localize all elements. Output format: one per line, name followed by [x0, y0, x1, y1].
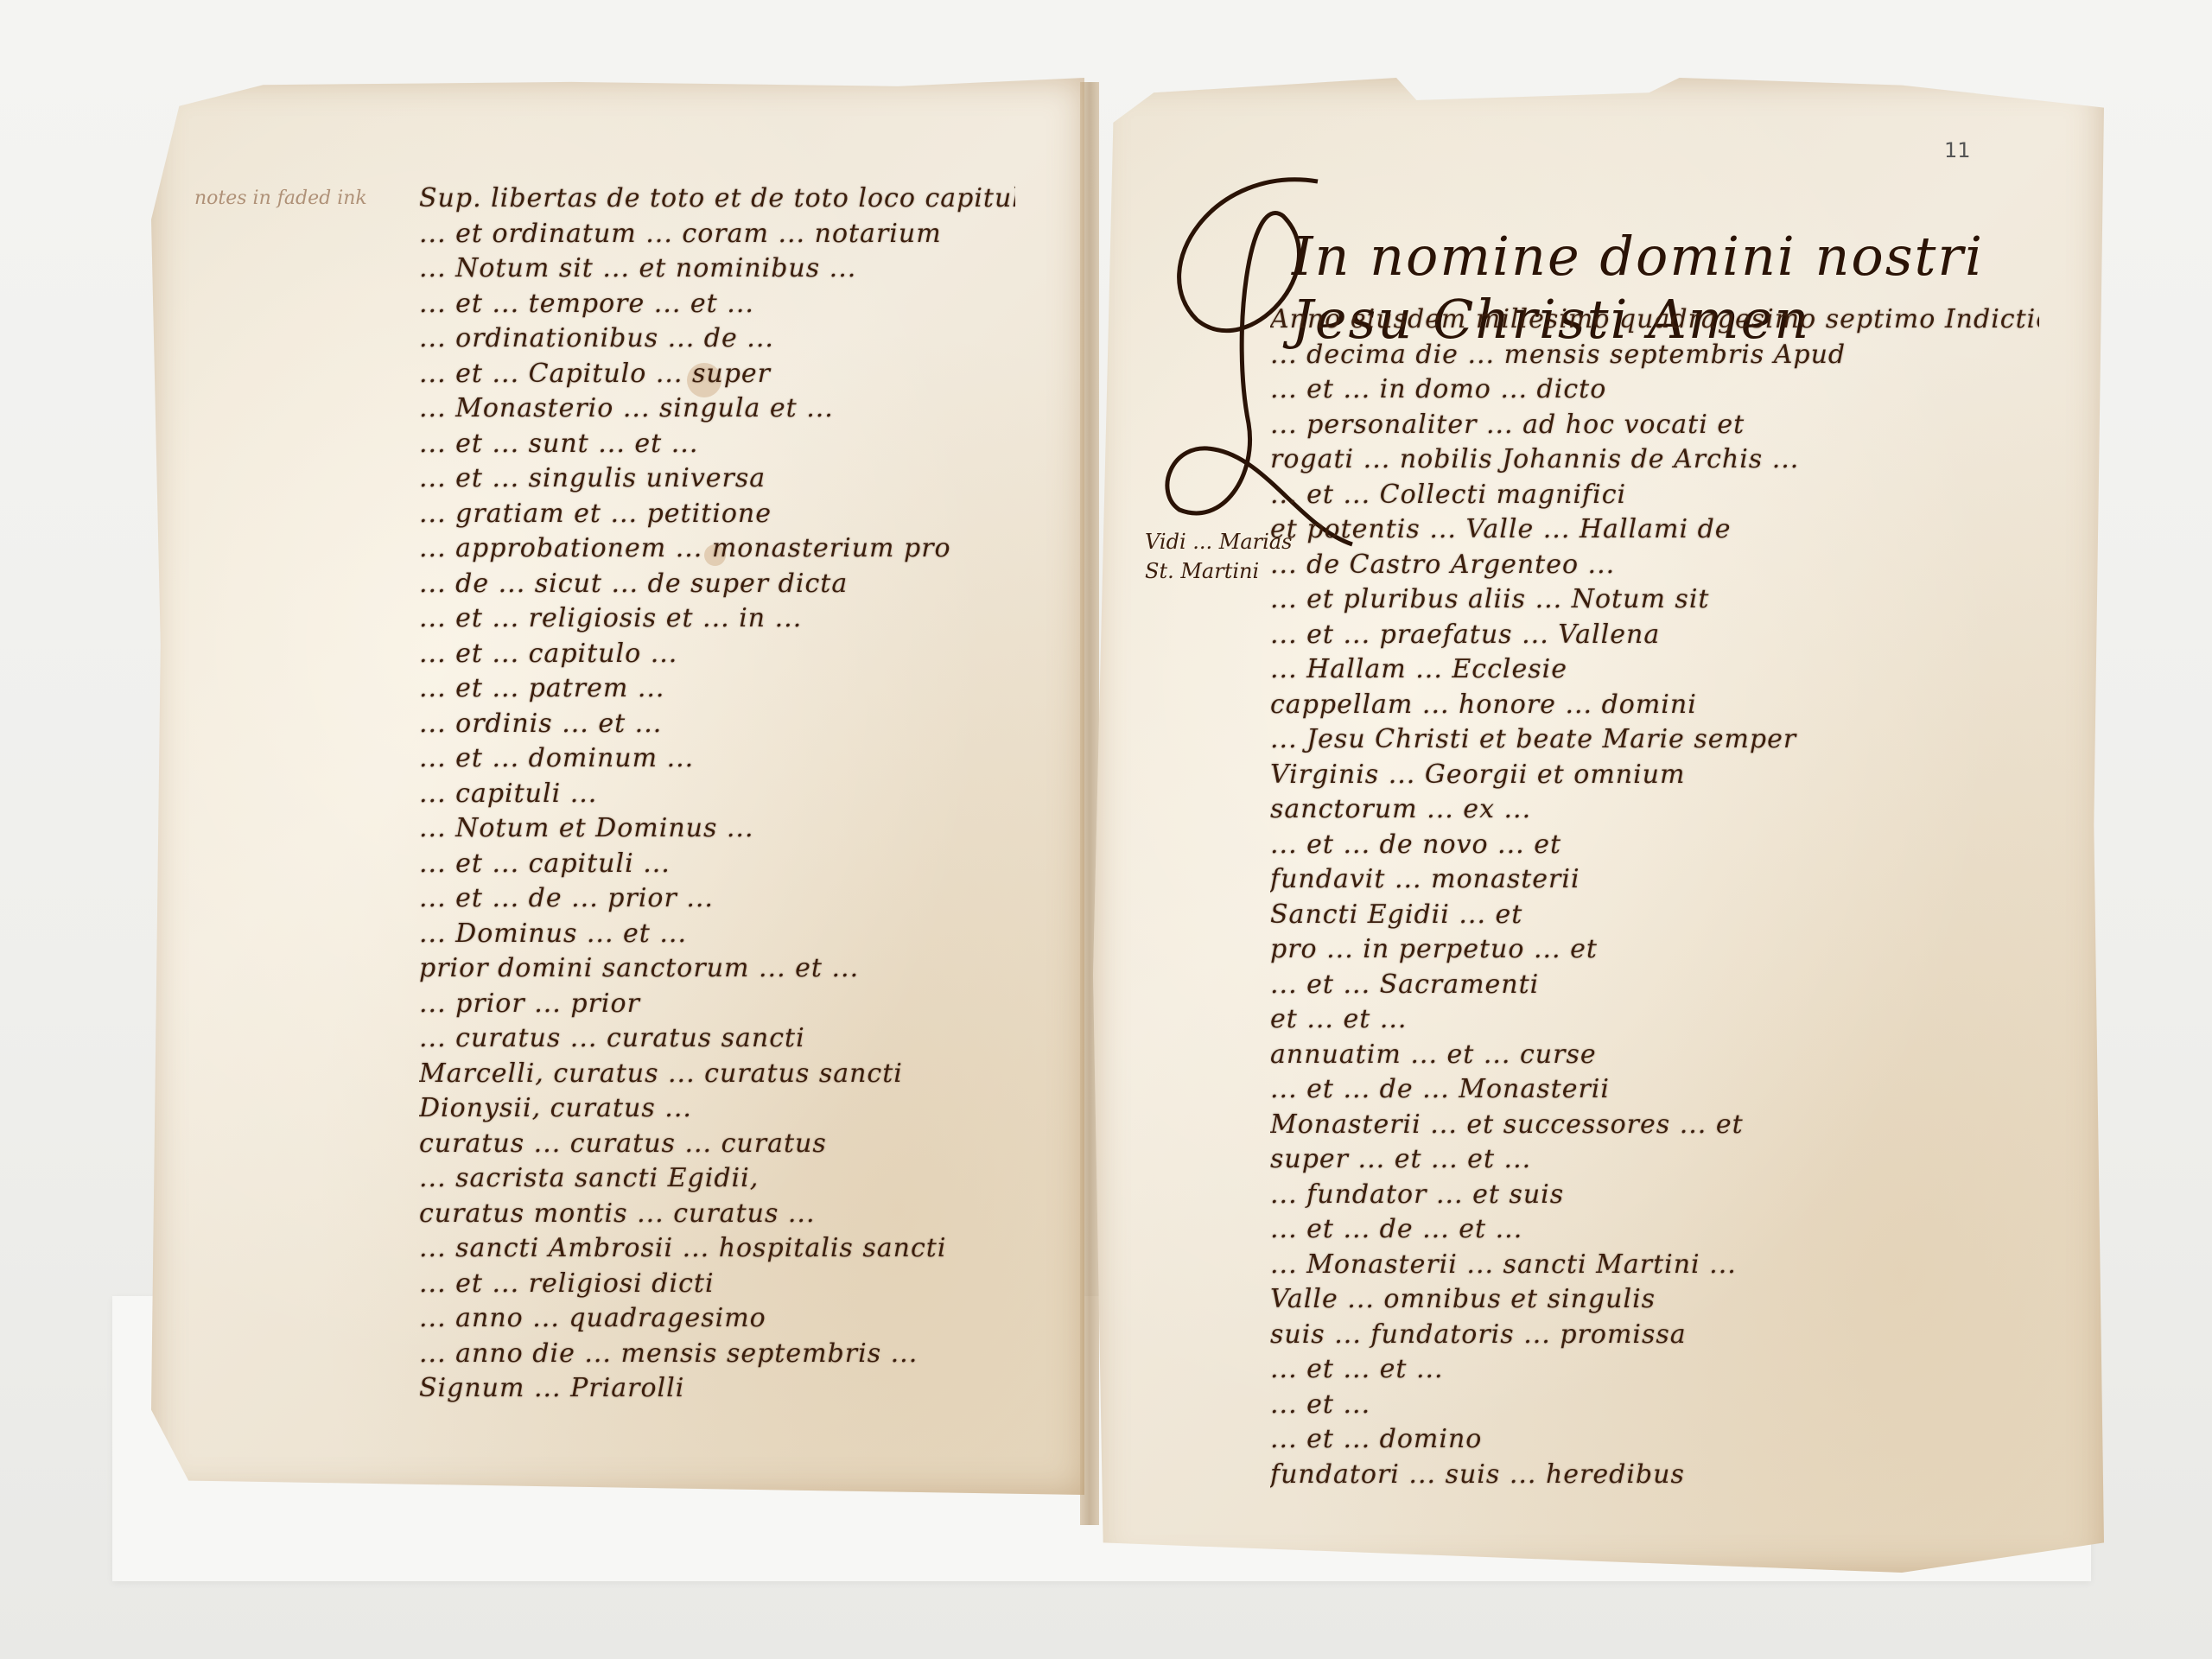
- text-line: sanctorum ... ex ...: [1270, 792, 2039, 828]
- text-line: annuatim ... et ... curse: [1270, 1038, 2039, 1073]
- text-line: ... et ... domino: [1270, 1422, 2039, 1458]
- text-line: ... personaliter ... ad hoc vocati et: [1270, 408, 2039, 443]
- text-line: ... anno ... quadragesimo: [419, 1301, 1015, 1337]
- text-line: ... et ... capituli ...: [419, 847, 1015, 882]
- text-line: ... Notum et Dominus ...: [419, 811, 1015, 847]
- text-line: ... prior ... prior: [419, 987, 1015, 1022]
- text-line: ... gratiam et ... petitione: [419, 497, 1015, 532]
- text-line: ... Notum sit ... et nominibus ...: [419, 251, 1015, 287]
- text-line: ... et ... tempore ... et ...: [419, 287, 1015, 322]
- text-line: et potentis ... Valle ... Hallami de: [1270, 512, 2039, 548]
- text-line: Valle ... omnibus et singulis: [1270, 1282, 2039, 1318]
- text-line: ... decima die ... mensis septembris Apu…: [1270, 338, 2039, 373]
- text-line: ... anno die ... mensis septembris ...: [419, 1337, 1015, 1372]
- text-line: ... sancti Ambrosii ... hospitalis sanct…: [419, 1231, 1015, 1267]
- text-line: ... et ... de ... et ...: [1270, 1212, 2039, 1248]
- text-line: ... Hallam ... Ecclesie: [1270, 652, 2039, 688]
- text-line: fundatori ... suis ... heredibus: [1270, 1458, 2039, 1493]
- text-line: ... et ...: [1270, 1388, 2039, 1423]
- text-line: ... sacrista sancti Egidii,: [419, 1161, 1015, 1197]
- text-line: ... et ... capitulo ...: [419, 637, 1015, 672]
- left-page-text: Sup. libertas de toto et de toto loco ca…: [419, 181, 1015, 1407]
- text-line: ... et ... singulis universa: [419, 461, 1015, 497]
- text-line: ... Dominus ... et ...: [419, 917, 1015, 952]
- text-line: pro ... in perpetuo ... et: [1270, 932, 2039, 968]
- right-page-text: Anno eiusdem millesimo quadragesimo sept…: [1270, 302, 2039, 1492]
- text-line: suis ... fundatoris ... promissa: [1270, 1318, 2039, 1353]
- text-line: ... et ... Sacramenti: [1270, 968, 2039, 1003]
- text-line: Sup. libertas de toto et de toto loco ca…: [419, 181, 1015, 217]
- text-line: ... Jesu Christi et beate Marie semper: [1270, 722, 2039, 758]
- text-line: ... et ... religiosis et ... in ...: [419, 601, 1015, 637]
- text-line: ... et ... de novo ... et: [1270, 828, 2039, 863]
- text-line: ... ordinis ... et ...: [419, 707, 1015, 742]
- text-line: ... et ... patrem ...: [419, 671, 1015, 707]
- text-line: ... curatus ... curatus sancti: [419, 1021, 1015, 1057]
- left-margin-notes: notes in faded ink: [194, 181, 393, 216]
- text-line: ... et ... praefatus ... Vallena: [1270, 618, 2039, 653]
- text-line: Sancti Egidii ... et: [1270, 898, 2039, 933]
- text-line: Dionysii, curatus ...: [419, 1091, 1015, 1127]
- right-page: 11 In nomine domini nostri Jesu Christi …: [1093, 78, 2104, 1573]
- text-line: ... et ... in domo ... dicto: [1270, 372, 2039, 408]
- text-line: ... et pluribus aliis ... Notum sit: [1270, 582, 2039, 618]
- text-line: Marcelli, curatus ... curatus sancti: [419, 1057, 1015, 1092]
- text-line: ... ordinationibus ... de ...: [419, 321, 1015, 357]
- text-line: ... et ordinatum ... coram ... notarium: [419, 217, 1015, 252]
- text-line: Monasterii ... et successores ... et: [1270, 1108, 2039, 1143]
- text-line: ... et ... religiosi dicti: [419, 1267, 1015, 1302]
- text-line: Anno eiusdem millesimo quadragesimo sept…: [1270, 302, 2039, 338]
- folio-number: 11: [1944, 138, 1971, 162]
- text-line: ... et ... dominum ...: [419, 741, 1015, 777]
- left-page: notes in faded ink Sup. libertas de toto…: [151, 78, 1084, 1495]
- binding-gutter: [1080, 82, 1099, 1525]
- text-line: ... Monasterio ... singula et ...: [419, 391, 1015, 427]
- text-line: ... et ... et ...: [1270, 1352, 2039, 1388]
- text-line: rogati ... nobilis Johannis de Archis ..…: [1270, 442, 2039, 478]
- text-line: super ... et ... et ...: [1270, 1142, 2039, 1178]
- text-line: ... fundator ... et suis: [1270, 1178, 2039, 1213]
- text-line: ... et ... Collecti magnifici: [1270, 478, 2039, 513]
- text-line: et ... et ...: [1270, 1002, 2039, 1038]
- text-line: ... approbationem ... monasterium pro: [419, 531, 1015, 567]
- text-line: ... et ... sunt ... et ...: [419, 427, 1015, 462]
- text-line: ... et ... Capitulo ... super: [419, 357, 1015, 392]
- text-line: ... et ... de ... Monasterii: [1270, 1072, 2039, 1108]
- text-line: ... et ... de ... prior ...: [419, 881, 1015, 917]
- text-line: ... capituli ...: [419, 777, 1015, 812]
- text-line: prior domini sanctorum ... et ...: [419, 951, 1015, 987]
- text-line: Virginis ... Georgii et omnium: [1270, 758, 2039, 793]
- text-line: cappellam ... honore ... domini: [1270, 688, 2039, 723]
- text-line: Signum ... Priarolli: [419, 1371, 1015, 1407]
- text-line: curatus montis ... curatus ...: [419, 1197, 1015, 1232]
- text-line: ... de ... sicut ... de super dicta: [419, 567, 1015, 602]
- text-line: ... de Castro Argenteo ...: [1270, 548, 2039, 583]
- text-line: curatus ... curatus ... curatus: [419, 1127, 1015, 1162]
- text-line: fundavit ... monasterii: [1270, 862, 2039, 898]
- text-line: ... Monasterii ... sancti Martini ...: [1270, 1248, 2039, 1283]
